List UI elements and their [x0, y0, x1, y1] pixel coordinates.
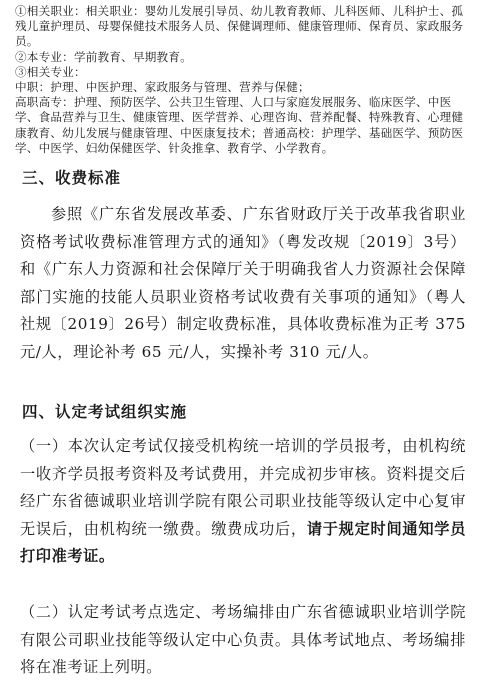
- fees-paragraph: 参照《广东省发展改革委、广东省财政厅关于改革我省职业资格考试收费标准管理方式的通…: [20, 201, 466, 367]
- related-occupations: ①相关职业：相关职业：婴幼儿发展引导员、幼儿教育教师、儿科医师、儿科护士、孤残儿…: [15, 4, 469, 50]
- section-heading-fees: 三、收费标准: [22, 166, 121, 188]
- secondary-vocational-majors: 中职：护理、中医护理、家政服务与管理、营养与保健；: [15, 80, 469, 95]
- document-page: ①相关职业：相关职业：婴幼儿发展引导员、幼儿教育教师、儿科医师、儿科护士、孤残儿…: [0, 0, 482, 694]
- related-info-block: ①相关职业：相关职业：婴幼儿发展引导员、幼儿教育教师、儿科医师、儿科护士、孤残儿…: [15, 4, 469, 156]
- exam-item-1: （一）本次认定考试仅接受机构统一培训的学员报考，由机构统一收齐学员报考资料及考试…: [20, 433, 466, 571]
- higher-vocational-majors: 高职高专：护理、预防医学、公共卫生管理、人口与家庭发展服务、临床医学、中医学、食…: [15, 95, 469, 156]
- related-majors-title: ③相关专业：: [15, 65, 469, 80]
- exam-item-2: （二）认定考试考点选定、考场编排由广东省德诚职业培训学院有限公司职业技能等级认定…: [20, 599, 466, 682]
- own-major: ②本专业：学前教育、早期教育。: [15, 50, 469, 65]
- section-heading-exam-organization: 四、认定考试组织实施: [22, 400, 187, 422]
